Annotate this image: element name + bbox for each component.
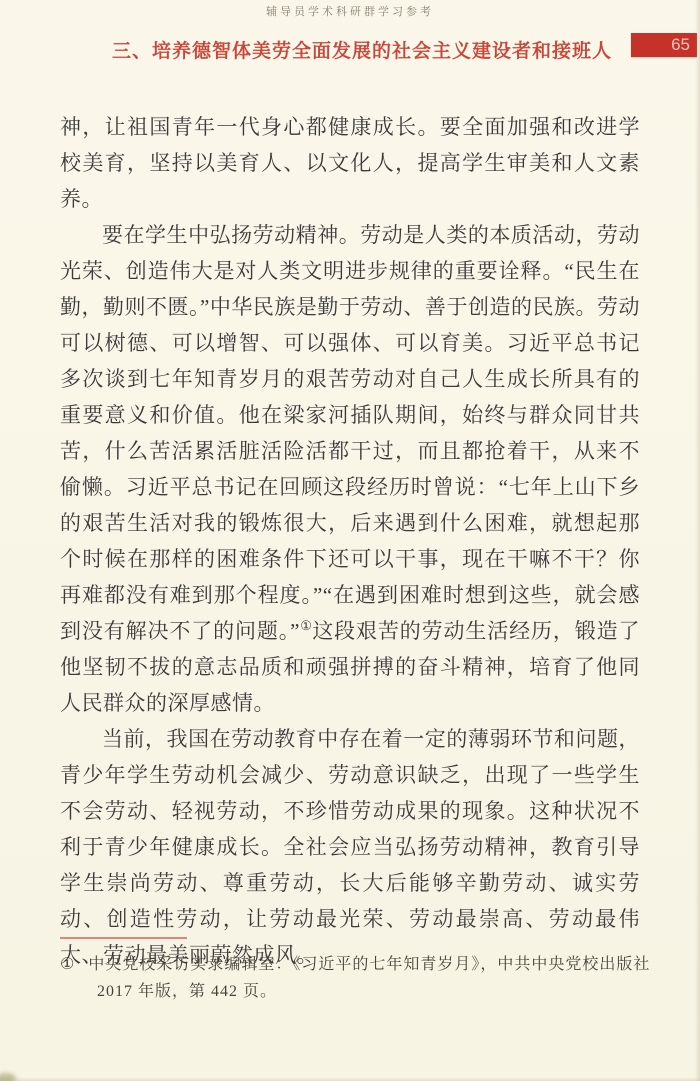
paragraph-current-situation: 当前，我国在劳动教育中存在着一定的薄弱环节和问题，青少年学生劳动机会减少、劳动意…: [60, 721, 640, 973]
footnote: ①中央党校采访实录编辑室：《习近平的七年知青岁月》，中共中央党校出版社 2017…: [60, 951, 646, 1005]
body-text: 神，让祖国青年一代身心都健康成长。要全面加强和改进学校美育，坚持以美育人、以文化…: [60, 109, 640, 973]
page-edge-shadow-right: [695, 0, 700, 1081]
corner-smudge: [0, 1073, 16, 1081]
footnote-line-2: 2017 年版，第 442 页。: [60, 978, 646, 1005]
chapter-heading: 三、培养德智体美劳全面发展的社会主义建设者和接班人: [0, 36, 612, 63]
footnote-marker: ①: [60, 951, 74, 978]
paragraph-text-before-note: 要在学生中弘扬劳动精神。劳动是人类的本质活动，劳动光荣、创造伟大是对人类文明进步…: [60, 223, 640, 643]
footnote-citation: 中央党校采访实录编辑室：《习近平的七年知青岁月》，中共中央党校出版社: [88, 956, 650, 973]
footnote-divider: [60, 937, 187, 939]
page-edge-shadow-bottom: [0, 1077, 700, 1081]
paragraph-labor-spirit: 要在学生中弘扬劳动精神。劳动是人类的本质活动，劳动光荣、创造伟大是对人类文明进步…: [60, 217, 640, 721]
book-page: 辅导员学术科研群学习参考 三、培养德智体美劳全面发展的社会主义建设者和接班人 6…: [0, 0, 700, 1081]
page-number-box: 65: [631, 33, 697, 57]
paragraph-continuation: 神，让祖国青年一代身心都健康成长。要全面加强和改进学校美育，坚持以美育人、以文化…: [60, 109, 640, 217]
running-head: 辅导员学术科研群学习参考: [0, 3, 700, 19]
page-number: 65: [671, 35, 690, 54]
footnote-reference-marker: ①: [300, 618, 312, 633]
footnote-line-1: ①中央党校采访实录编辑室：《习近平的七年知青岁月》，中共中央党校出版社: [60, 951, 646, 978]
